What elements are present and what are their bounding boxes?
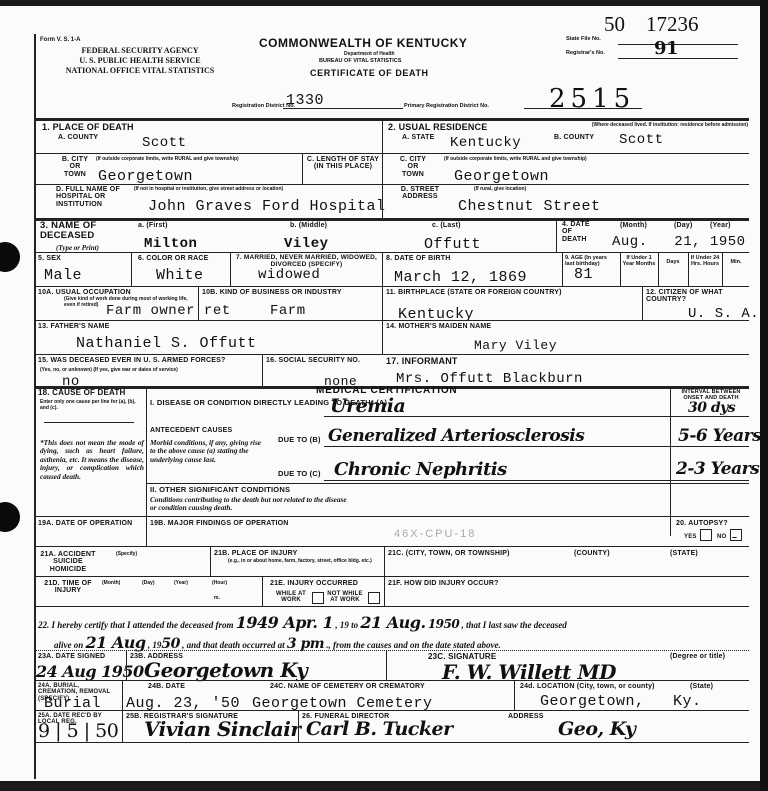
date-received-value: 9 | 5 | 50 xyxy=(38,720,118,742)
cause-of-death-label: 18. CAUSE OF DEATH xyxy=(38,389,125,397)
length-of-stay-label: c. LENGTH OF STAY (in this place) xyxy=(306,156,380,171)
underline xyxy=(324,416,749,417)
divider xyxy=(34,742,749,743)
divider xyxy=(34,680,749,681)
divider xyxy=(262,576,263,606)
certificate-page: Form V. S. 1-A FEDERAL SECURITY AGENCY U… xyxy=(0,6,760,781)
divider xyxy=(386,650,387,680)
cert-text: ., from the causes and on the date state… xyxy=(326,640,501,650)
funeral-director-address-label: ADDRESS xyxy=(508,713,544,720)
address-value: Georgetown Ky xyxy=(144,658,307,682)
place-of-death-heading: 1. PLACE OF DEATH xyxy=(42,123,134,132)
cert-text: to xyxy=(351,620,358,630)
citizen-label: 12. CITIZEN OF WHAT COUNTRY? xyxy=(646,289,746,304)
first-name-value: Milton xyxy=(144,236,197,252)
cert-text: , 19 xyxy=(335,620,349,630)
not-while-at-work-checkbox[interactable] xyxy=(368,592,380,604)
location-label: 24d. LOCATION (City, town, or county) xyxy=(520,683,655,690)
time-hour-label: (Hour) xyxy=(212,581,227,587)
location-value: Georgetown, Ky. xyxy=(540,693,702,710)
divider xyxy=(122,680,123,742)
burial-date-label: 24b. DATE xyxy=(148,683,185,690)
under-hours-label: If Under 24 Hrs. Hours xyxy=(690,255,720,267)
divider xyxy=(382,184,749,185)
residence-heading: 2. USUAL RESIDENCE xyxy=(388,123,487,132)
divider xyxy=(34,576,749,577)
death-county-value: Scott xyxy=(142,135,187,151)
operation-date-label: 19a. DATE OF OPERATION xyxy=(38,520,142,527)
residence-city-value: Georgetown xyxy=(454,168,549,185)
business-label: 10b. KIND OF BUSINESS OR INDUSTRY xyxy=(202,289,378,296)
divider xyxy=(131,252,132,286)
funeral-director-address: Geo, Ky xyxy=(558,718,635,740)
not-while-at-work-label: NOT WHILE AT WORK xyxy=(324,591,366,604)
county-label: a. COUNTY xyxy=(58,134,98,141)
father-value: Nathaniel S. Offutt xyxy=(76,335,257,352)
cause-note: Enter only one cause per line for (a), (… xyxy=(40,400,144,411)
institution-note: (If not in hospital or institution, give… xyxy=(134,187,374,193)
accident-label: 21a. ACCIDENT SUICIDE HOMICIDE xyxy=(38,551,98,573)
while-at-work-checkbox[interactable] xyxy=(312,592,324,604)
rule xyxy=(44,422,134,423)
divider xyxy=(34,546,749,547)
antecedent-note: Morbid conditions, if any, giving rise t… xyxy=(150,439,268,464)
cert-text: , and that death occurred at xyxy=(182,640,285,650)
time-month-label: (Month) xyxy=(102,581,120,587)
place-of-injury-note: (e.g., in or about home, farm, factory, … xyxy=(228,559,378,565)
place-of-injury-label: 21b. PLACE OF INJURY xyxy=(214,550,297,557)
birthplace-label: 11. BIRTHPLACE (State or foreign country… xyxy=(386,289,562,296)
sex-value: Male xyxy=(44,267,82,284)
cert-text: alive on xyxy=(54,640,83,650)
middle-name-label: b. (Middle) xyxy=(290,222,327,229)
interval-c-value: 2-3 Years xyxy=(676,459,759,479)
cause-a-value: Uremia xyxy=(330,395,405,417)
divider xyxy=(146,483,749,484)
street-label: d. STREET ADDRESS xyxy=(400,186,440,201)
interval-a-value: 30 dys xyxy=(688,400,735,416)
mother-value: Mary Viley xyxy=(474,338,557,353)
operation-findings-label: 19b. MAJOR FINDINGS OF OPERATION xyxy=(150,520,289,527)
other-conditions-note: Conditions contributing to the death but… xyxy=(150,496,350,513)
divider xyxy=(146,386,147,536)
scan-edge xyxy=(760,0,768,791)
certification-line-1: 22. I hereby certify that I attended the… xyxy=(38,614,567,632)
how-injury-label: 21f. HOW DID INJURY OCCUR? xyxy=(388,580,499,587)
divider xyxy=(126,650,127,680)
primary-reg-label: Primary Registration District No. xyxy=(404,103,489,109)
divider xyxy=(514,680,515,710)
autopsy-yes-checkbox[interactable] xyxy=(700,529,712,541)
business-value: Farm xyxy=(270,303,306,319)
attended-to-year: 1950 xyxy=(428,617,459,631)
divider xyxy=(34,184,382,185)
state-file-label: State File No. xyxy=(566,36,601,42)
time-m-label: m. xyxy=(214,596,220,602)
divider xyxy=(34,650,749,651)
underline xyxy=(283,108,403,109)
divider xyxy=(722,252,723,286)
ssn-label: 16. SOCIAL SECURITY NO. xyxy=(266,357,380,364)
armed-forces-note: (Yes, no, or unknown) (If yes, give war … xyxy=(40,368,260,374)
first-name-label: a. (First) xyxy=(138,222,168,229)
residence-note: (Where deceased lived. If institution: r… xyxy=(510,123,748,129)
cert-text: , that I last saw the deceased xyxy=(461,620,566,630)
cause-footnote: *This does not mean the mode of dying, s… xyxy=(40,439,144,481)
divider xyxy=(382,153,749,154)
divider xyxy=(688,252,689,286)
department-label: Department of Health xyxy=(344,51,395,57)
checkmark-icon: – xyxy=(732,532,737,542)
punch-hole xyxy=(0,502,20,532)
divider xyxy=(262,354,263,386)
underline xyxy=(324,446,749,447)
date-signed-value: 24 Aug 1950 xyxy=(36,662,144,681)
divider xyxy=(34,710,749,711)
min-label: Min. xyxy=(724,259,748,265)
divider xyxy=(670,386,671,536)
city-note: (If outside corporate limits, write RURA… xyxy=(96,157,296,163)
cemetery-label: 24c. NAME OF CEMETERY OR CREMATORY xyxy=(270,683,425,690)
page-title: COMMONWEALTH OF KENTUCKY xyxy=(259,36,467,50)
street-note: (If rural, give location) xyxy=(474,187,526,193)
autopsy-no-checkbox[interactable]: – xyxy=(730,529,742,541)
divider xyxy=(146,516,147,546)
divider xyxy=(210,546,211,576)
injury-county-label: (COUNTY) xyxy=(574,550,610,557)
divider xyxy=(302,153,303,184)
attended-from-value: 1949 Apr. 1 xyxy=(236,613,333,632)
divider xyxy=(34,218,749,221)
cert-text: 22. I hereby certify that I attended the… xyxy=(38,620,233,630)
degree-label: (Degree or title) xyxy=(670,653,725,660)
time-day-label: (Day) xyxy=(142,581,155,587)
race-label: 6. COLOR OR RACE xyxy=(138,255,208,262)
autopsy-no-label: NO xyxy=(717,534,726,540)
underline xyxy=(324,480,749,481)
underline xyxy=(524,108,642,109)
type-note: (Type or Print) xyxy=(56,244,99,252)
last-name-label: c. (Last) xyxy=(432,222,461,229)
divider xyxy=(642,286,643,320)
residence-county-label: b. COUNTY xyxy=(554,134,594,141)
armed-forces-label: 15. WAS DECEASED EVER IN U. S. ARMED FOR… xyxy=(38,357,238,364)
date-of-death-value: Aug. 21, 1950 xyxy=(612,234,746,250)
stamp-number: 50 17236 xyxy=(604,12,699,37)
certificate-subtitle: CERTIFICATE OF DEATH xyxy=(310,68,429,78)
divider xyxy=(34,320,749,321)
residence-city-label: c. CITY OR TOWN xyxy=(398,156,428,178)
antecedent-label: ANTECEDENT CAUSES xyxy=(150,427,232,434)
interval-b-value: 5-6 Years xyxy=(678,426,761,446)
agency-block: FEDERAL SECURITY AGENCY U. S. PUBLIC HEA… xyxy=(40,46,240,76)
death-certificate-form: Form V. S. 1-A FEDERAL SECURITY AGENCY U… xyxy=(34,34,749,777)
cause-b-value: Generalized Arteriosclerosis xyxy=(328,426,584,446)
institution-value: John Graves Ford Hospital xyxy=(148,198,386,215)
mother-label: 14. MOTHER'S MAIDEN NAME xyxy=(386,323,491,330)
specify-note: (Specify) xyxy=(116,552,137,558)
year-label: (Year) xyxy=(710,222,731,229)
death-city-value: Georgetown xyxy=(98,168,193,185)
divider xyxy=(556,218,557,252)
divider xyxy=(562,252,563,286)
bureau-label: BUREAU OF VITAL STATISTICS xyxy=(319,58,401,64)
race-value: White xyxy=(156,267,204,284)
primary-reg-value: 2515 xyxy=(549,84,635,114)
time-year-label: (Year) xyxy=(174,581,188,587)
due-to-c-label: DUE TO (c) xyxy=(278,470,321,478)
divider xyxy=(34,606,749,607)
cause-c-value: Chronic Nephritis xyxy=(334,459,507,480)
divider xyxy=(230,252,231,286)
name-heading: 3. NAME OF DECEASED xyxy=(40,221,120,241)
autopsy-yes-label: YES xyxy=(684,534,697,540)
occupation-value: Farm owner ret xyxy=(106,303,231,319)
location-state-label: (State) xyxy=(690,683,713,690)
month-label: (Month) xyxy=(620,222,647,229)
marital-value: widowed xyxy=(258,267,320,283)
informant-label: 17. INFORMANT xyxy=(386,357,458,366)
reg-district-value: 1330 xyxy=(286,92,324,109)
middle-name-value: Viley xyxy=(284,236,329,252)
divider xyxy=(658,252,659,286)
city-label: b. CITY OR TOWN xyxy=(60,156,90,178)
divider xyxy=(198,286,199,320)
sex-label: 5. SEX xyxy=(38,255,61,262)
street-value: Chestnut Street xyxy=(458,198,601,215)
divider xyxy=(298,710,299,742)
autopsy-label: 20. AUTOPSY? xyxy=(676,520,728,527)
date-of-death-label: 4. DATE OF DEATH xyxy=(562,221,592,243)
funeral-director-signature: Carl B. Tucker xyxy=(306,718,453,740)
divider xyxy=(34,153,382,154)
institution-label: d. FULL NAME OF HOSPITAL OR INSTITUTION xyxy=(56,186,126,208)
injury-occurred-label: 21e. INJURY OCCURRED xyxy=(270,580,358,587)
under-months-label: If Under 1 Year Months xyxy=(622,255,656,267)
injury-city-label: 21c. (CITY, TOWN, OR TOWNSHIP) xyxy=(388,550,510,557)
residence-county-value: Scott xyxy=(619,132,664,148)
due-to-b-label: DUE TO (b) xyxy=(278,436,321,444)
cert-text: , 19 xyxy=(148,640,162,650)
registrar-signature: Vivian Sinclair xyxy=(144,717,300,741)
state-label: a. STATE xyxy=(402,134,434,141)
divider xyxy=(34,252,749,253)
residence-state-value: Kentucky xyxy=(450,135,521,151)
residence-city-note: (If outside corporate limits, write RURA… xyxy=(444,157,587,163)
injury-state-label: (STATE) xyxy=(670,550,698,557)
registrar-no-value: 91 xyxy=(654,38,678,59)
other-conditions-label: II. OTHER SIGNIFICANT CONDITIONS xyxy=(150,486,290,494)
time-of-injury-label: 21d. TIME OF INJURY xyxy=(38,580,98,595)
divider xyxy=(382,252,383,286)
days-label: Days xyxy=(660,259,686,265)
registrar-no-label: Registrar's No. xyxy=(566,50,605,56)
divider xyxy=(620,252,621,286)
operation-findings-value: 46X-CPU-18 xyxy=(394,528,476,540)
day-label: (Day) xyxy=(674,222,693,229)
birth-date-label: 8. DATE OF BIRTH xyxy=(386,255,451,262)
father-label: 13. FATHER'S NAME xyxy=(38,323,109,330)
divider xyxy=(34,516,749,517)
while-at-work-label: WHILE AT WORK xyxy=(270,591,312,604)
punch-hole xyxy=(0,242,20,272)
age-value: 81 xyxy=(574,266,593,283)
divider xyxy=(34,118,749,121)
last-name-value: Offutt xyxy=(424,236,481,253)
divider xyxy=(34,354,749,355)
attended-to-value: 21 Aug. xyxy=(360,613,425,632)
date-signed-label: 23a. DATE SIGNED xyxy=(38,653,105,660)
birth-date-value: March 12, 1869 xyxy=(394,269,527,286)
form-number: Form V. S. 1-A xyxy=(40,37,80,43)
